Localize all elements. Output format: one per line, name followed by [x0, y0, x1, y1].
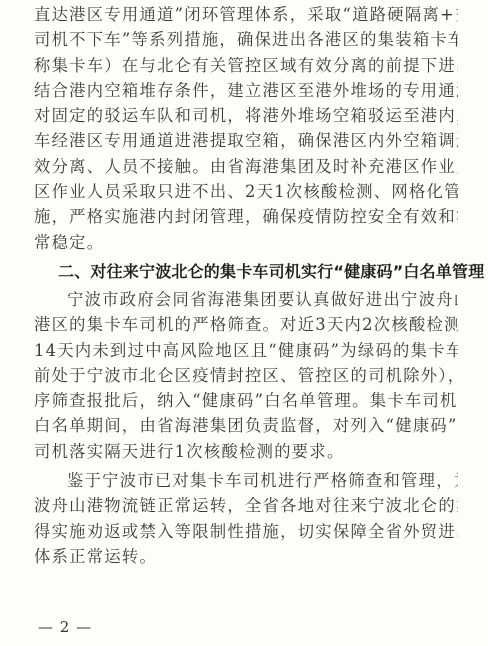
text-line: 直达港区专用通道”闭环管理体系，采取“道路硬隔离+交警执勤+ — [34, 2, 458, 27]
page-number: — 2 — — [38, 618, 92, 636]
text-line: 14天内未到过中高风险地区且“健康码”为绿码的集卡车司机（目 — [34, 338, 458, 363]
text-line: 波舟山港物流链正常运转，全省各地对往来宁波北仑的集卡车，不 — [34, 493, 458, 518]
text-line: 司机不下车”等系列措施，确保进出各港区的集装箱卡车（以下简 — [34, 27, 458, 52]
text-line: 宁波市政府会同省海港集团要认真做好进出宁波舟山港北仑 — [34, 287, 458, 312]
text-line: 对固定的驳运车队和司机，将港外堆场空箱驳运至港内，再由集卡 — [34, 103, 458, 128]
text-line: 鉴于宁波市已对集卡车司机进行严格筛查和管理，为保障宁 — [34, 468, 458, 493]
text-line: 结合港内空箱堆存条件，建立港区至港外堆场的专用通道，组织相 — [34, 78, 458, 103]
text-line: 体系正常运转。 — [34, 544, 458, 569]
paragraph-no-restriction: 鉴于宁波市已对集卡车司机进行严格筛查和管理，为保障宁 波舟山港物流链正常运转，全… — [34, 468, 458, 569]
text-line: 常稳定。 — [34, 230, 458, 255]
text-line: 司机落实隔天进行1次核酸检测的要求。 — [34, 439, 458, 464]
document-page: 直达港区专用通道”闭环管理体系，采取“道路硬隔离+交警执勤+ 司机不下车”等系列… — [34, 2, 458, 569]
section-heading: 二、对往来宁波北仑的集卡车司机实行“健康码”白名单管理 — [34, 258, 458, 285]
paragraph-closed-loop-management: 直达港区专用通道”闭环管理体系，采取“道路硬隔离+交警执勤+ 司机不下车”等系列… — [34, 2, 458, 255]
text-line: 称集卡车）在与北仑有关管控区域有效分离的前提下进出畅通。 — [34, 53, 458, 78]
text-line: 区作业人员采取只进不出、2天1次核酸检测、网格化管理等措 — [34, 179, 458, 204]
paragraph-health-code-whitelist: 宁波市政府会同省海港集团要认真做好进出宁波舟山港北仑 港区的集卡车司机的严格筛查… — [34, 287, 458, 464]
text-line: 车经港区专用通道进港提取空箱，确保港区内外空箱调运体系有 — [34, 128, 458, 153]
text-line: 序筛查报批后，纳入“健康码”白名单管理。集卡车司机“健康码” — [34, 388, 458, 413]
text-line: 得实施劝返或禁入等限制性措施，切实保障全省外贸进出口物流 — [34, 519, 458, 544]
text-line: 港区的集卡车司机的严格筛查。对近3天内2次核酸检测阴性、 — [34, 312, 458, 337]
text-line: 白名单期间，由省海港集团负责监督，对列入“健康码”白名单的 — [34, 413, 458, 438]
text-line: 效分离、人员不接触。由省海港集团及时补充港区作业人员，对港 — [34, 154, 458, 179]
text-line: 施，严格实施港内封闭管理，确保疫情防控安全有效和港内生产正 — [34, 204, 458, 229]
text-line: 前处于宁波市北仑区疫情封控区、管控区的司机除外），按有关程 — [34, 363, 458, 388]
